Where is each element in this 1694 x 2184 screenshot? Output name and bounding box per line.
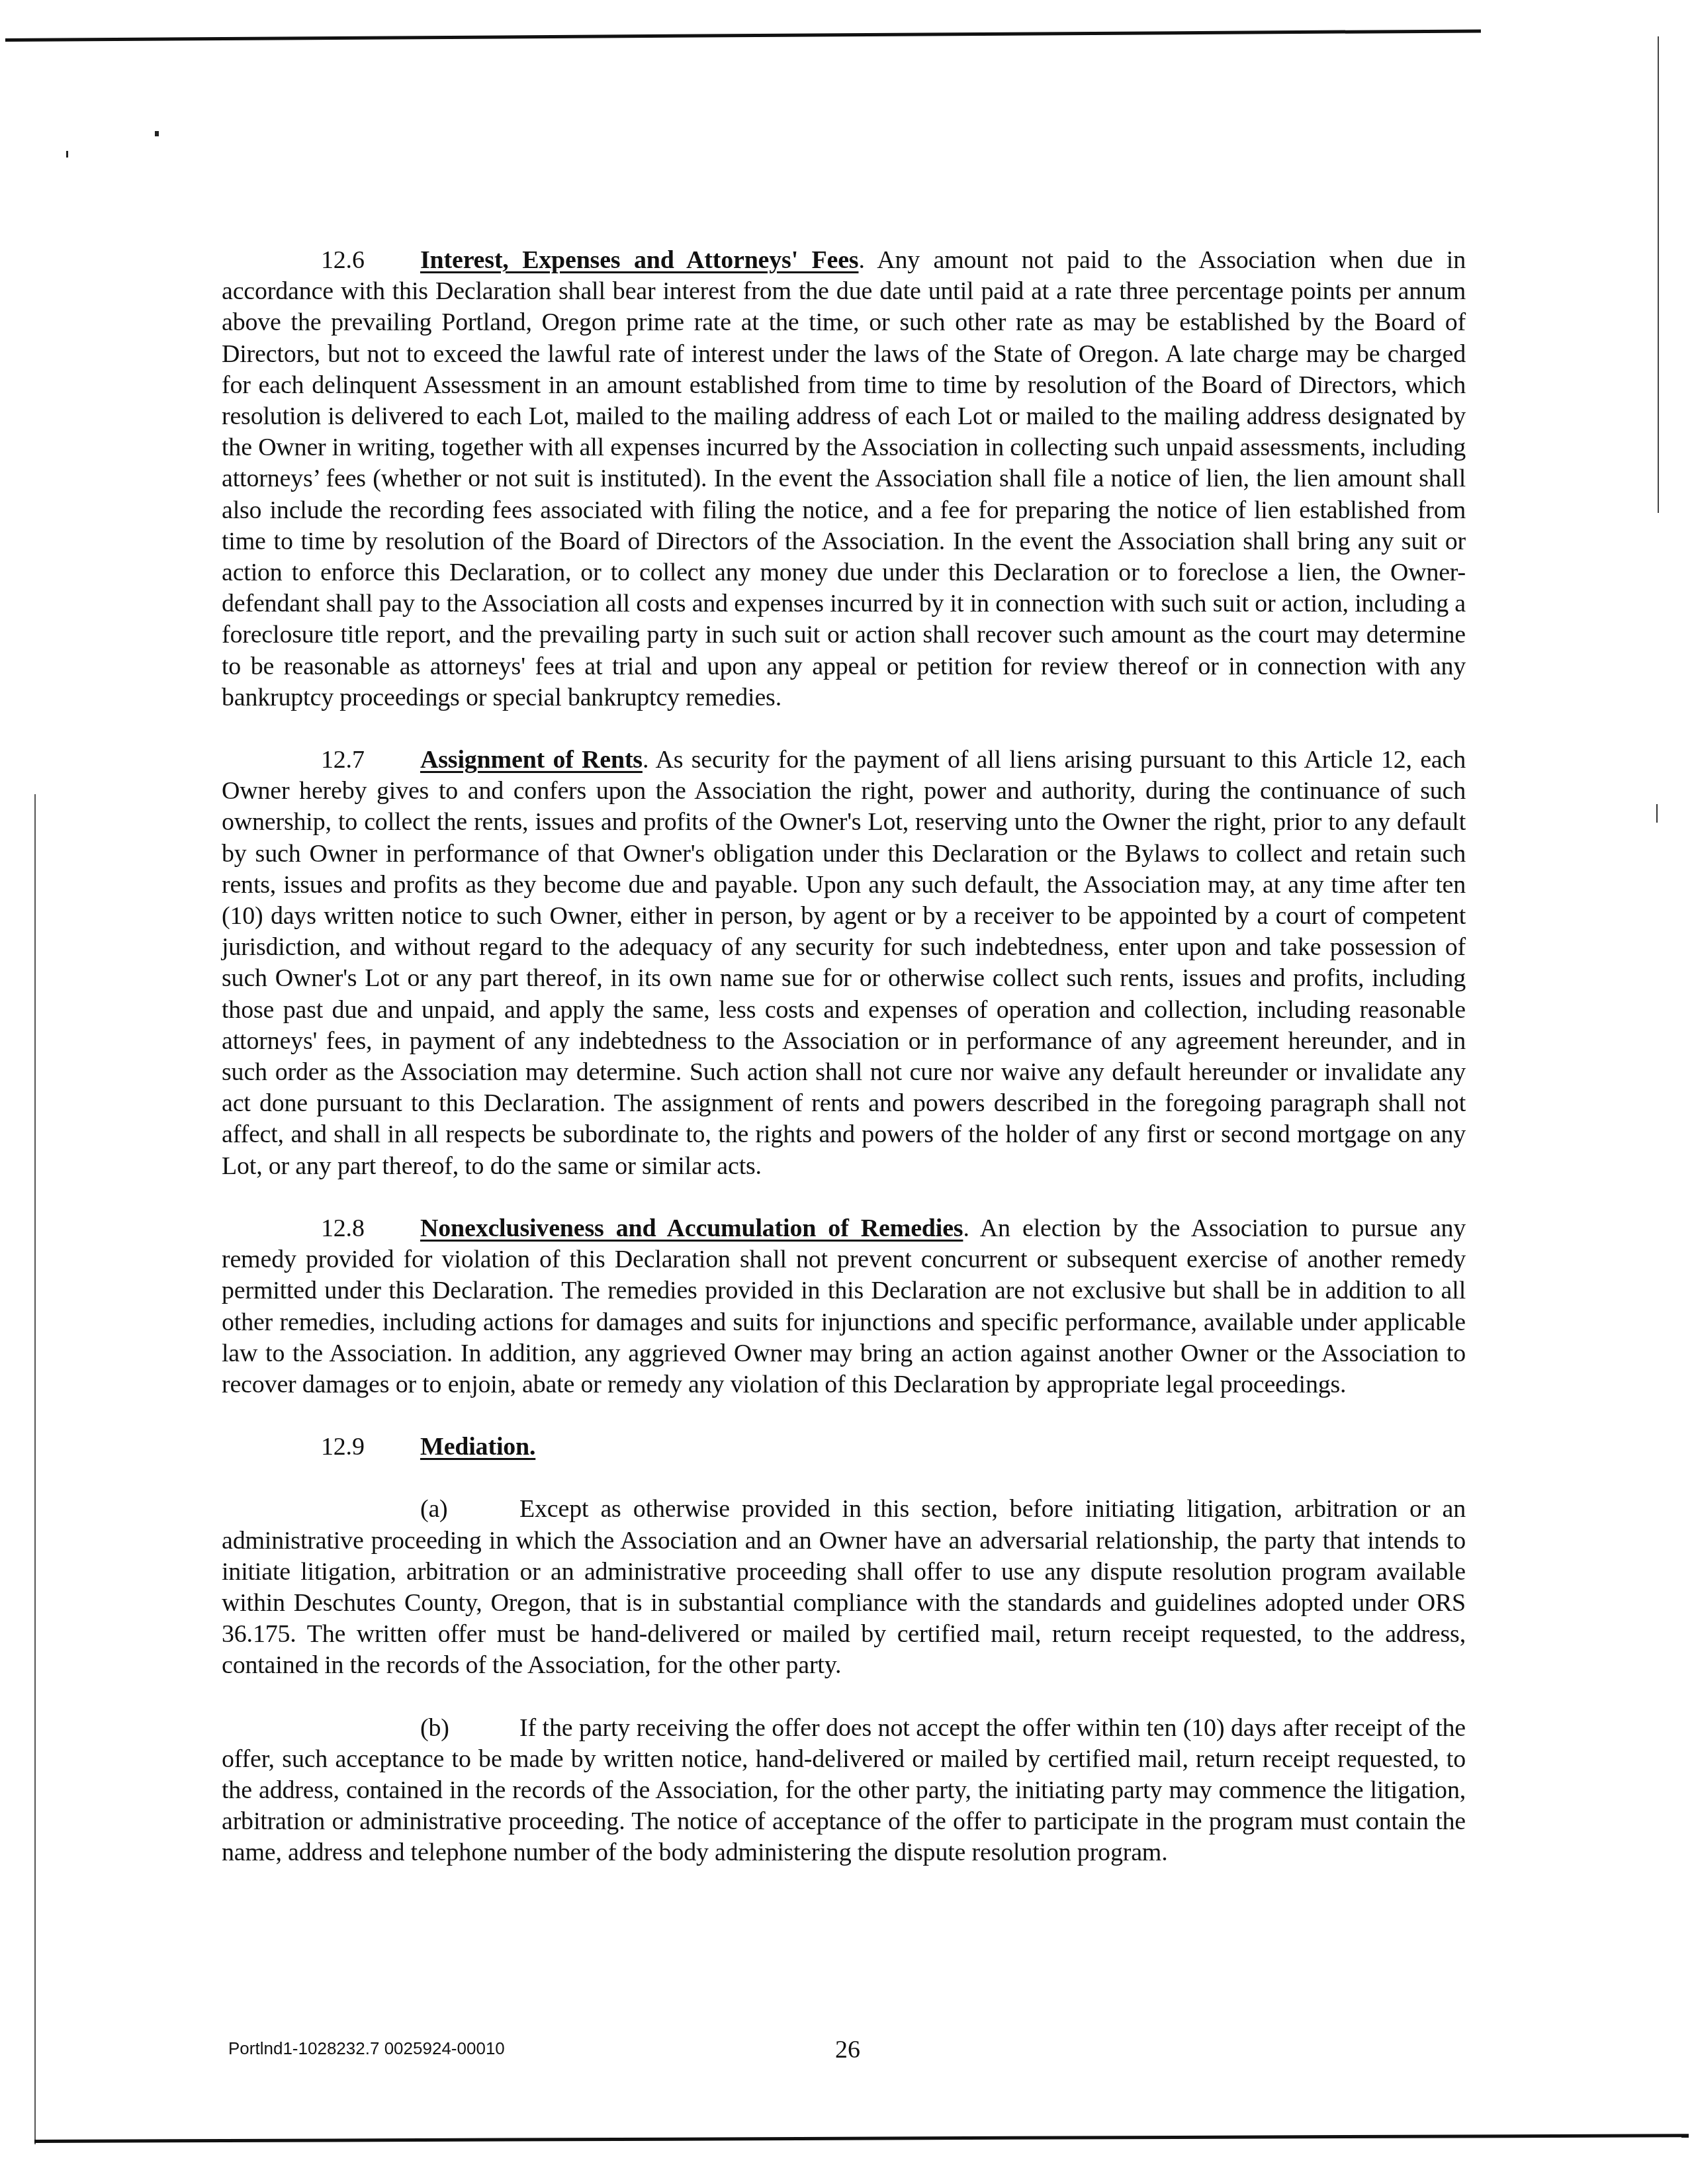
section-number: 12.7 (222, 745, 420, 776)
section-text: . As security for the payment of all lie… (222, 746, 1466, 1180)
scan-speck (155, 131, 159, 136)
subsection-b: (b)If the party receiving the offer does… (222, 1713, 1466, 1869)
section-12-9-heading: 12.9Mediation. (222, 1432, 1466, 1463)
scan-speck (66, 151, 68, 158)
section-12-8: 12.8Nonexclusiveness and Accumulation of… (222, 1213, 1466, 1400)
scan-margin-mark (1656, 804, 1658, 823)
scan-right-edge (1658, 36, 1659, 513)
section-12-6: 12.6Interest, Expenses and Attorneys' Fe… (222, 245, 1466, 713)
scanned-page: 12.6Interest, Expenses and Attorneys' Fe… (0, 0, 1694, 2184)
footer-document-id: Portlnd1-1028232.7 0025924-00010 (228, 2038, 505, 2059)
subsection-label: (b) (222, 1713, 519, 1744)
section-number: 12.6 (222, 245, 420, 276)
section-title: Mediation. (420, 1433, 535, 1461)
section-number: 12.8 (222, 1213, 420, 1244)
section-title: Assignment of Rents (420, 746, 643, 774)
subsection-label: (a) (222, 1494, 519, 1525)
scan-top-border (5, 29, 1481, 42)
section-title: Nonexclusiveness and Accumulation of Rem… (420, 1214, 963, 1242)
page-number: 26 (835, 2035, 860, 2064)
scan-bottom-border (34, 2134, 1689, 2143)
section-number: 12.9 (222, 1432, 420, 1463)
section-title: Interest, Expenses and Attorneys' Fees (420, 246, 858, 274)
section-text: . Any amount not paid to the Association… (222, 246, 1466, 711)
document-body: 12.6Interest, Expenses and Attorneys' Fe… (222, 245, 1466, 1900)
subsection-a: (a)Except as otherwise provided in this … (222, 1494, 1466, 1681)
section-12-7: 12.7Assignment of Rents. As security for… (222, 745, 1466, 1182)
scan-left-edge (34, 794, 36, 2144)
